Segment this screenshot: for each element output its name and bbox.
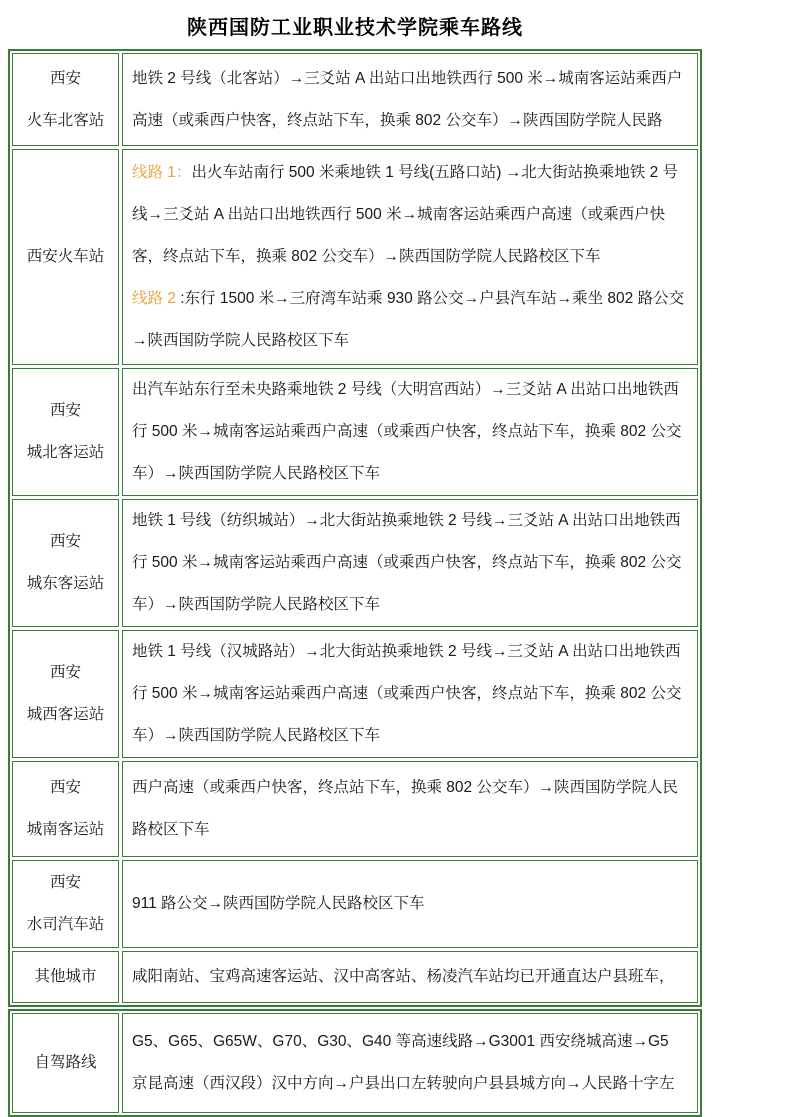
table-row: 西安火车站线路 1：出火车站南行 500 米乘地铁 1 号线(五路口站) →北大…	[12, 149, 698, 365]
route-segment: 咸阳南站、宝鸡高速客运站、汉中高客站、杨凌汽车站均已开通直达户县班车，	[132, 968, 675, 985]
route-cell: 出汽车站东行至未央路乘地铁 2 号线（大明宫西站）→三爻站 A 出站口出地铁西行…	[122, 368, 698, 496]
route-cell: 911 路公交→陕西国防学院人民路校区下车	[122, 860, 698, 948]
route-cell: 地铁 2 号线（北客站）→三爻站 A 出站口出地铁西行 500 米→城南客运站乘…	[122, 53, 698, 146]
table-row: 西安水司汽车站911 路公交→陕西国防学院人民路校区下车	[12, 860, 698, 948]
station-label: 火车北客站	[27, 100, 105, 142]
station-label: 水司汽车站	[27, 904, 105, 946]
table-row: 西安城西客运站地铁 1 号线（汉城路站）→北大街站换乘地铁 2 号线→三爻站 A…	[12, 630, 698, 758]
route-segment: 地铁 1 号线（汉城路站）→北大街站换乘地铁 2 号线→三爻站 A 出站口出地铁…	[132, 643, 681, 744]
table-row: 西安火车北客站地铁 2 号线（北客站）→三爻站 A 出站口出地铁西行 500 米…	[12, 53, 698, 146]
station-label: 西安	[50, 862, 81, 904]
route-cell: 地铁 1 号线（汉城路站）→北大街站换乘地铁 2 号线→三爻站 A 出站口出地铁…	[122, 630, 698, 758]
station-label: 西安	[50, 652, 81, 694]
table-row: 西安城东客运站地铁 1 号线（纺织城站）→北大街站换乘地铁 2 号线→三爻站 A…	[12, 499, 698, 627]
station-label: 其他城市	[34, 956, 96, 998]
route-text: 线路 1：出火车站南行 500 米乘地铁 1 号线(五路口站) →北大街站换乘地…	[132, 152, 687, 278]
station-label: 城南客运站	[27, 809, 105, 851]
route-segment: 出火车站南行 500 米乘地铁 1 号线(五路口站) →北大街站换乘地铁 2 号…	[132, 164, 678, 265]
station-cell: 西安城西客运站	[12, 630, 119, 758]
main-routes-table: 西安火车北客站地铁 2 号线（北客站）→三爻站 A 出站口出地铁西行 500 米…	[8, 49, 702, 1007]
station-cell: 西安城北客运站	[12, 368, 119, 496]
route-text: 地铁 1 号线（汉城路站）→北大街站换乘地铁 2 号线→三爻站 A 出站口出地铁…	[132, 631, 687, 757]
station-label: 城北客运站	[27, 432, 105, 474]
station-label: 西安	[50, 767, 81, 809]
route-label-highlight: 线路 1：	[132, 164, 191, 181]
station-cell: 自驾路线	[12, 1013, 119, 1113]
station-label: 西安	[50, 58, 81, 100]
station-label: 城东客运站	[27, 563, 105, 605]
route-text: 出汽车站东行至未央路乘地铁 2 号线（大明宫西站）→三爻站 A 出站口出地铁西行…	[132, 369, 687, 495]
route-cell: 西户高速（或乘西户快客，终点站下车，换乘 802 公交车）→陕西国防学院人民路校…	[122, 761, 698, 857]
station-cell: 西安火车北客站	[12, 53, 119, 146]
table-row: 自驾路线G5、G65、G65W、G70、G30、G40 等高速线路→G3001 …	[12, 1013, 698, 1113]
route-segment: :东行 1500 米→三府湾车站乘 930 路公交→户县汽车站→乘坐 802 路…	[132, 290, 684, 349]
route-text: 911 路公交→陕西国防学院人民路校区下车	[132, 883, 687, 925]
station-label: 城西客运站	[27, 694, 105, 736]
station-label: 西安	[50, 521, 81, 563]
route-cell: G5、G65、G65W、G70、G30、G40 等高速线路→G3001 西安绕城…	[122, 1013, 698, 1113]
station-cell: 其他城市	[12, 951, 119, 1003]
station-label: 西安	[50, 390, 81, 432]
page-title: 陕西国防工业职业技术学院乘车路线	[8, 0, 702, 49]
self-driving-table: 自驾路线G5、G65、G65W、G70、G30、G40 等高速线路→G3001 …	[8, 1009, 702, 1117]
document-sheet: 陕西国防工业职业技术学院乘车路线 西安火车北客站地铁 2 号线（北客站）→三爻站…	[8, 0, 702, 1117]
route-text: 地铁 1 号线（纺织城站）→北大街站换乘地铁 2 号线→三爻站 A 出站口出地铁…	[132, 500, 687, 626]
route-text: G5、G65、G65W、G70、G30、G40 等高速线路→G3001 西安绕城…	[132, 1021, 687, 1105]
station-cell: 西安水司汽车站	[12, 860, 119, 948]
station-cell: 西安火车站	[12, 149, 119, 365]
station-cell: 西安城东客运站	[12, 499, 119, 627]
route-text: 地铁 2 号线（北客站）→三爻站 A 出站口出地铁西行 500 米→城南客运站乘…	[132, 58, 687, 142]
route-segment: G5、G65、G65W、G70、G30、G40 等高速线路→G3001 西安绕城…	[132, 1033, 675, 1092]
route-label-highlight: 线路 2	[132, 290, 180, 307]
route-segment: 地铁 1 号线（纺织城站）→北大街站换乘地铁 2 号线→三爻站 A 出站口出地铁…	[132, 512, 681, 613]
route-segment: 911 路公交→陕西国防学院人民路校区下车	[132, 895, 425, 912]
route-text: 西户高速（或乘西户快客，终点站下车，换乘 802 公交车）→陕西国防学院人民路校…	[132, 767, 687, 851]
table-row: 西安城南客运站西户高速（或乘西户快客，终点站下车，换乘 802 公交车）→陕西国…	[12, 761, 698, 857]
route-segment: 地铁 2 号线（北客站）→三爻站 A 出站口出地铁西行 500 米→城南客运站乘…	[132, 70, 682, 129]
table-row: 西安城北客运站出汽车站东行至未央路乘地铁 2 号线（大明宫西站）→三爻站 A 出…	[12, 368, 698, 496]
table-row: 其他城市咸阳南站、宝鸡高速客运站、汉中高客站、杨凌汽车站均已开通直达户县班车，	[12, 951, 698, 1003]
route-text: 线路 2 :东行 1500 米→三府湾车站乘 930 路公交→户县汽车站→乘坐 …	[132, 278, 687, 362]
station-cell: 西安城南客运站	[12, 761, 119, 857]
route-text: 咸阳南站、宝鸡高速客运站、汉中高客站、杨凌汽车站均已开通直达户县班车，	[132, 956, 687, 998]
route-segment: 出汽车站东行至未央路乘地铁 2 号线（大明宫西站）→三爻站 A 出站口出地铁西行…	[132, 381, 681, 482]
station-label: 西安火车站	[27, 236, 105, 278]
station-label: 自驾路线	[34, 1042, 96, 1084]
route-segment: 西户高速（或乘西户快客，终点站下车，换乘 802 公交车）→陕西国防学院人民路校…	[132, 779, 678, 838]
route-cell: 咸阳南站、宝鸡高速客运站、汉中高客站、杨凌汽车站均已开通直达户县班车，	[122, 951, 698, 1003]
route-cell: 地铁 1 号线（纺织城站）→北大街站换乘地铁 2 号线→三爻站 A 出站口出地铁…	[122, 499, 698, 627]
route-cell: 线路 1：出火车站南行 500 米乘地铁 1 号线(五路口站) →北大街站换乘地…	[122, 149, 698, 365]
